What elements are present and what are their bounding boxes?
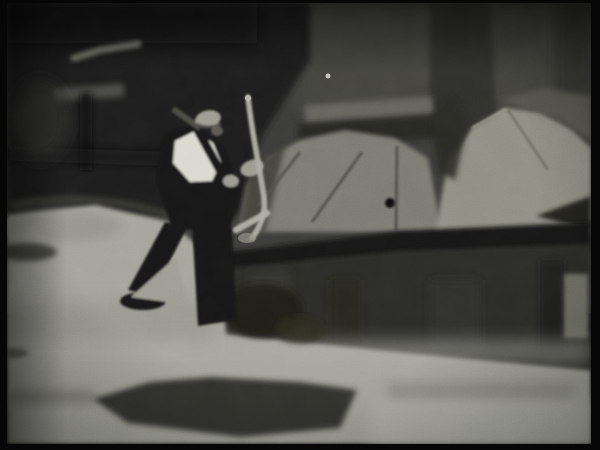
film-still-canvas [0,0,600,450]
frame-border-right [591,0,600,450]
film-still [0,0,600,450]
frame-border-top [0,0,600,3]
frame-border-bottom [0,444,600,450]
frame-border-left [0,0,7,450]
film-blotch-overlay [0,0,600,450]
